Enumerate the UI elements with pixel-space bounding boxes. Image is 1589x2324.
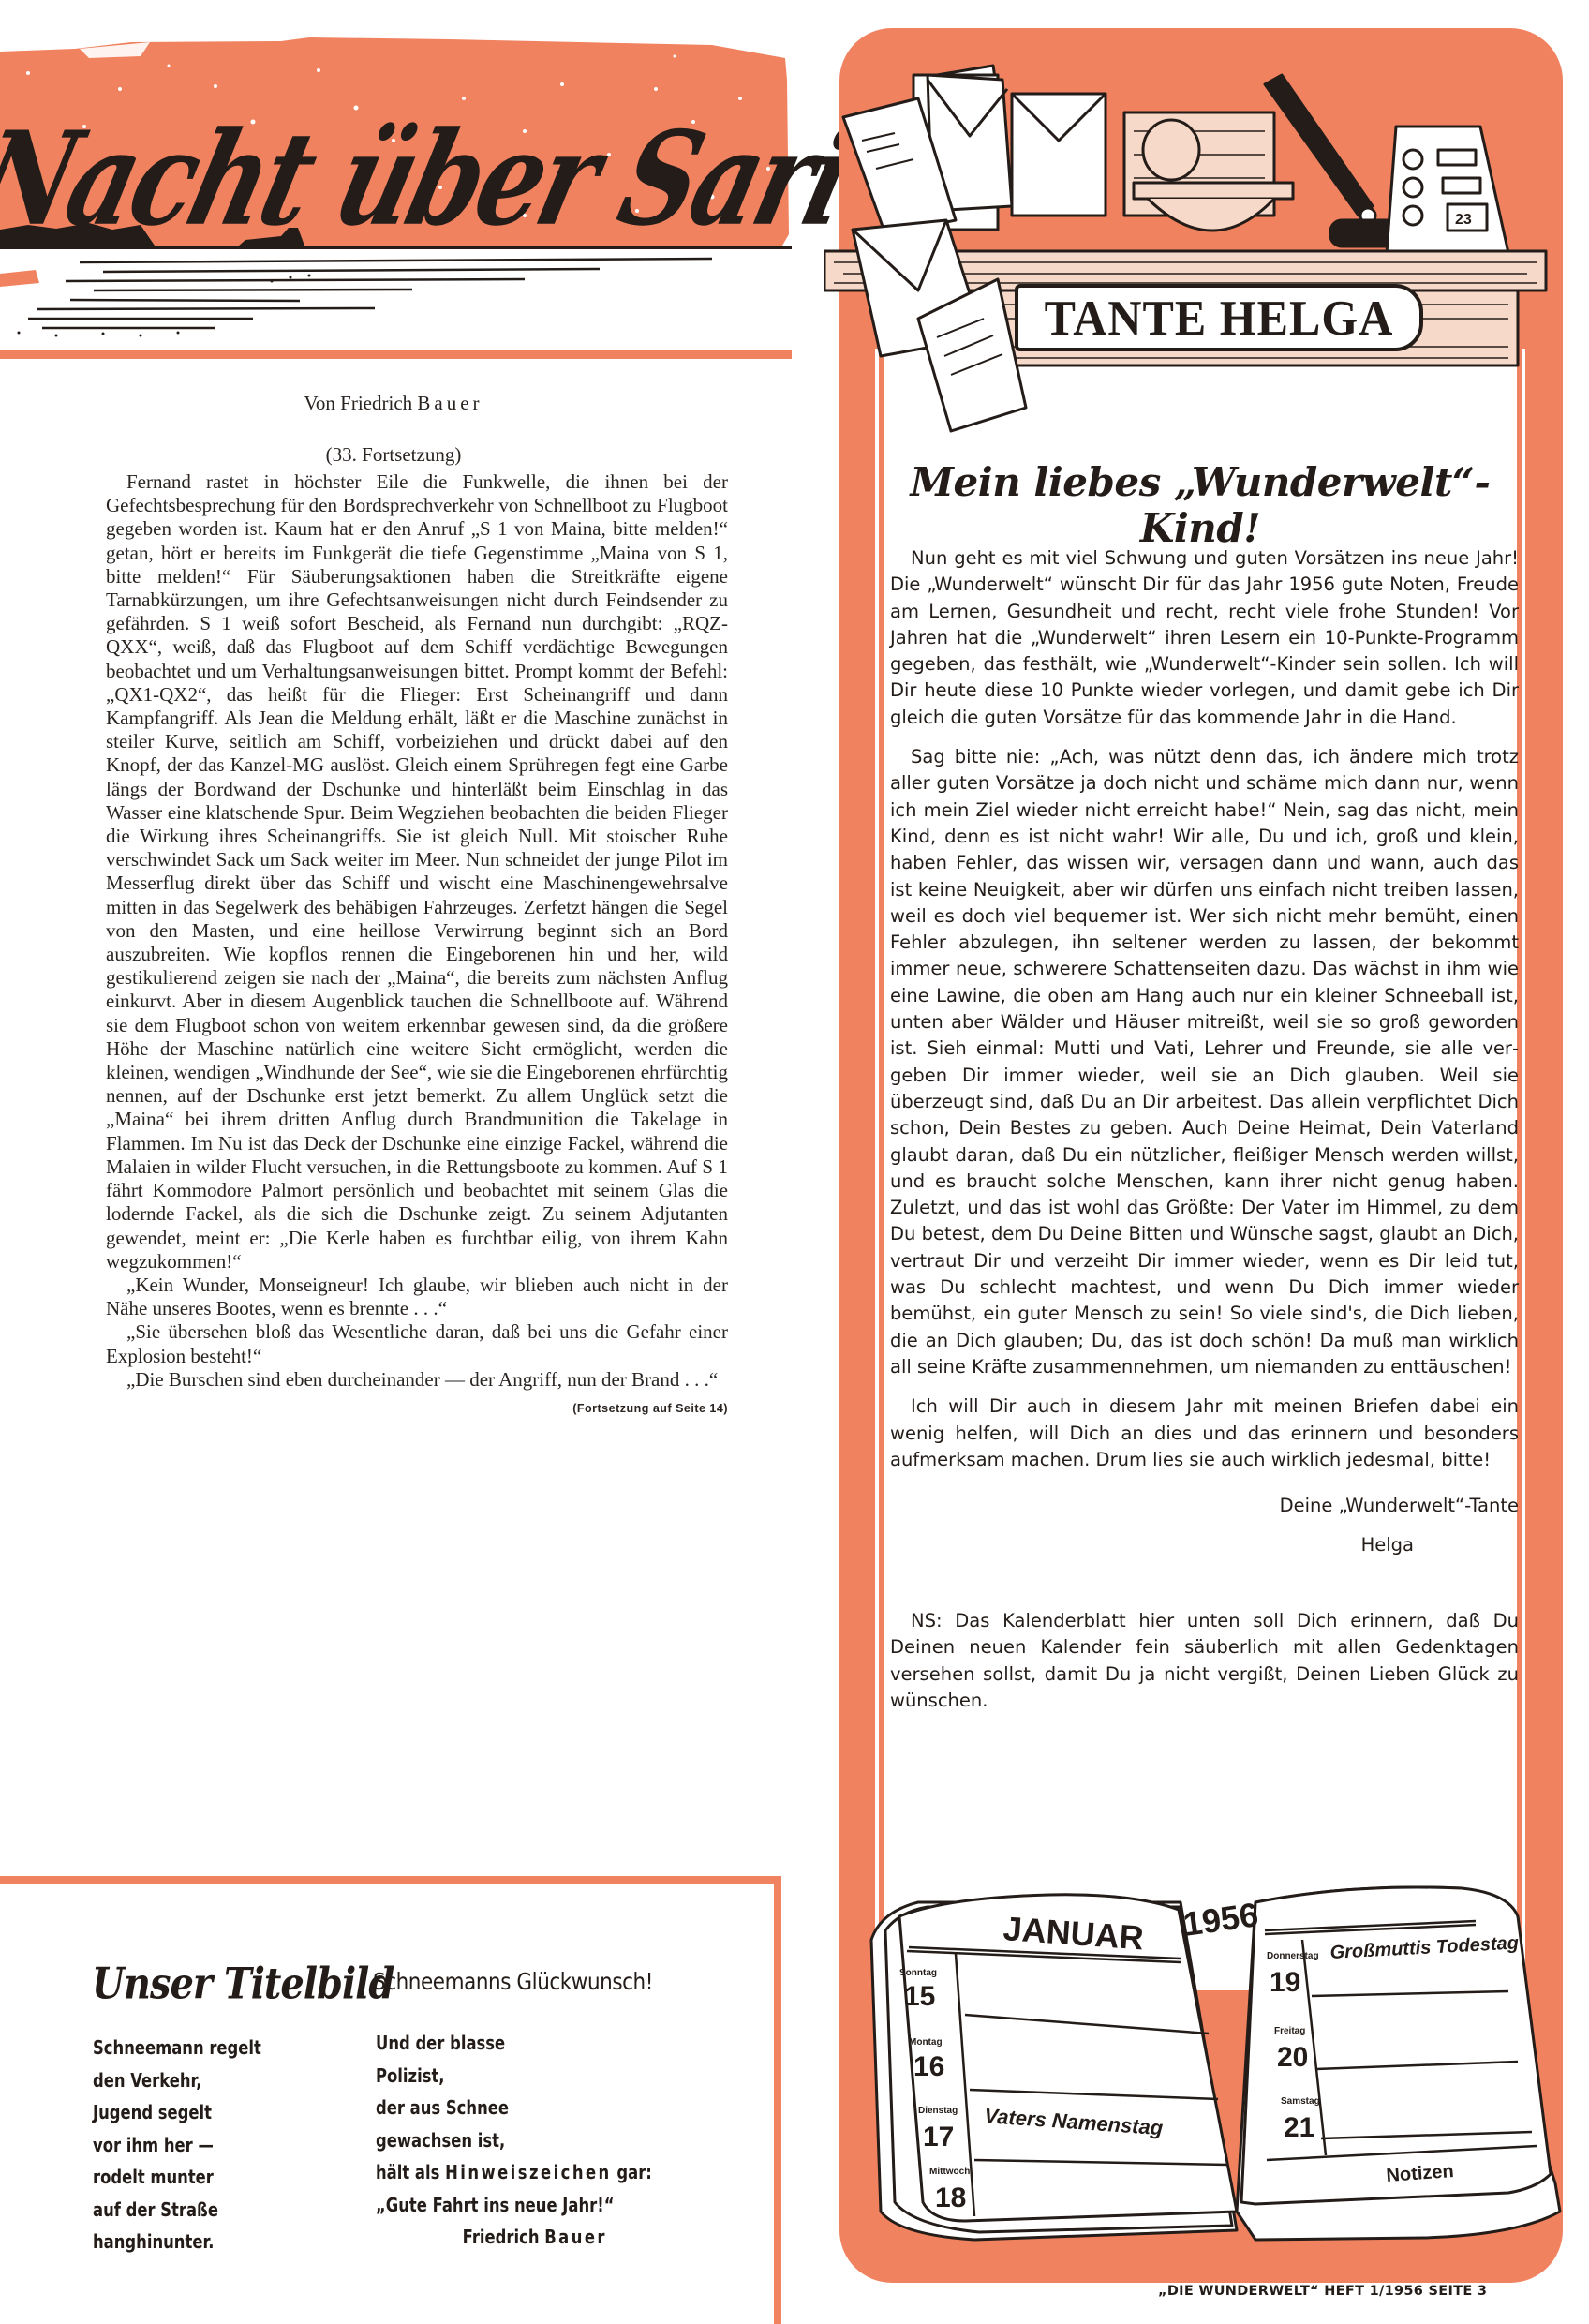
caption-poem-left: Schneemann regelt den Verkehr, Jugend se… bbox=[93, 2032, 261, 2258]
weekday-label: Samstag bbox=[1281, 2096, 1320, 2107]
episode-label: (33. Fortsetzung) bbox=[0, 443, 787, 467]
titelbild-heading: Unser Titelbild bbox=[92, 1959, 394, 2009]
desk-shelf-illustration: 23 bbox=[824, 37, 1574, 440]
day-number: 18 bbox=[935, 2182, 966, 2213]
story-title: Nacht über Saringa bbox=[0, 103, 796, 254]
poem-line: vor ihm her — bbox=[93, 2129, 261, 2162]
letter-greeting: Mein liebes „Wunderwelt“-Kind! bbox=[875, 459, 1525, 551]
poem-line: Jugend segelt bbox=[93, 2096, 261, 2129]
day-number: 21 bbox=[1284, 2112, 1314, 2143]
story-body: Fernand rastet in höchster Eile die Funk… bbox=[106, 470, 728, 1421]
titelbild-side-rule bbox=[774, 1876, 781, 2324]
weekday-label: Sonntag bbox=[899, 1968, 937, 1978]
story-paragraph: „Sie übersehen bloß das Wesentliche dara… bbox=[106, 1320, 728, 1367]
story-paragraph: „Die Burschen sind eben durcheinander — … bbox=[106, 1368, 728, 1392]
poem-line: Polizist, bbox=[376, 2060, 652, 2093]
poem-line: gewachsen ist, bbox=[376, 2124, 652, 2157]
story-paragraph: Fernand rastet in höchster Eile die Funk… bbox=[106, 470, 728, 1274]
titelbild-top-rule bbox=[0, 1876, 781, 1884]
page-footer: „DIE WUNDERWELT“ HEFT 1/1956 SEITE 3 bbox=[1158, 2284, 1487, 2299]
caption-poem-right: Und der blasse Polizist, der aus Schnee … bbox=[376, 2027, 652, 2254]
poem-line: rodelt munter bbox=[93, 2161, 261, 2194]
letter-paragraph: Ich will Dir auch in diesem Jahr mit mei… bbox=[890, 1393, 1519, 1473]
byline-prefix: Von Friedrich bbox=[304, 392, 412, 414]
letter-body: Nun geht es mit viel Schwung und guten V… bbox=[890, 545, 1519, 1727]
poem-signature: Friedrich Bauer bbox=[376, 2221, 652, 2254]
day-number: 20 bbox=[1277, 2042, 1308, 2073]
calendar-book-illustration: JANUAR 1956 Sonntag 15 Montag 16 Diensta… bbox=[862, 1865, 1574, 2258]
story-title-banner: Nacht über Saringa bbox=[0, 0, 796, 356]
poem-line: hanghinunter. bbox=[93, 2226, 261, 2258]
day-number: 15 bbox=[904, 1981, 935, 2012]
sign-label: TANTE HELGA bbox=[1045, 290, 1394, 347]
weekday-label: Mittwoch bbox=[929, 2167, 970, 2177]
weekday-label: Dienstag bbox=[918, 2106, 958, 2116]
weekday-label: Donnerstag bbox=[1267, 1951, 1319, 1961]
shelf-with-letters-icon: 23 bbox=[824, 37, 1574, 440]
poem-line: Und der blasse bbox=[376, 2027, 652, 2060]
divider-rule bbox=[0, 350, 792, 359]
weekday-label: Montag bbox=[909, 2037, 943, 2048]
poem-line: Schneemann regelt bbox=[93, 2032, 261, 2064]
continuation-link[interactable]: (Fortsetzung auf Seite 14) bbox=[552, 1397, 728, 1421]
poem-line: der aus Schnee bbox=[376, 2092, 652, 2124]
weekday-label: Freitag bbox=[1274, 2026, 1305, 2036]
letter-paragraph: Nun geht es mit viel Schwung und guten V… bbox=[890, 545, 1519, 731]
letter-postscript: NS: Das Kalenderblatt hier unten soll Di… bbox=[890, 1608, 1519, 1714]
poem-line: den Verkehr, bbox=[93, 2064, 261, 2097]
open-calendar-icon: JANUAR 1956 Sonntag 15 Montag 16 Diensta… bbox=[862, 1865, 1574, 2258]
story-byline: Von Friedrich Bauer bbox=[0, 392, 787, 415]
poem-line: „Gute Fahrt ins neue Jahr!“ bbox=[376, 2189, 652, 2222]
tante-helga-sign: TANTE HELGA bbox=[1015, 284, 1423, 351]
byline-author: Bauer bbox=[417, 392, 483, 414]
poem-title: Schneemanns Glückwunsch! bbox=[373, 1968, 653, 1995]
day-number: 19 bbox=[1270, 1967, 1300, 1998]
story-last-line: „Die Burschen sind eben durcheinander — … bbox=[126, 1368, 718, 1391]
device-counter-label: 23 bbox=[1455, 212, 1472, 228]
calendar-year: 1956 bbox=[1181, 1895, 1260, 1944]
day-number: 16 bbox=[913, 2051, 944, 2082]
letter-sign-off: Deine „Wunderwelt“-Tante bbox=[890, 1486, 1519, 1526]
letter-paragraph: Sag bitte nie: „Ach, was nützt denn das,… bbox=[890, 744, 1519, 1380]
story-paragraph: „Kein Wunder, Monseigneur! Ich glaube, w… bbox=[106, 1274, 728, 1320]
poem-line: auf der Straße bbox=[93, 2194, 261, 2227]
letter-signature: Helga bbox=[890, 1526, 1519, 1565]
day-number: 17 bbox=[923, 2122, 954, 2153]
poem-line: hält als Hinweiszeichen gar: bbox=[376, 2156, 652, 2189]
